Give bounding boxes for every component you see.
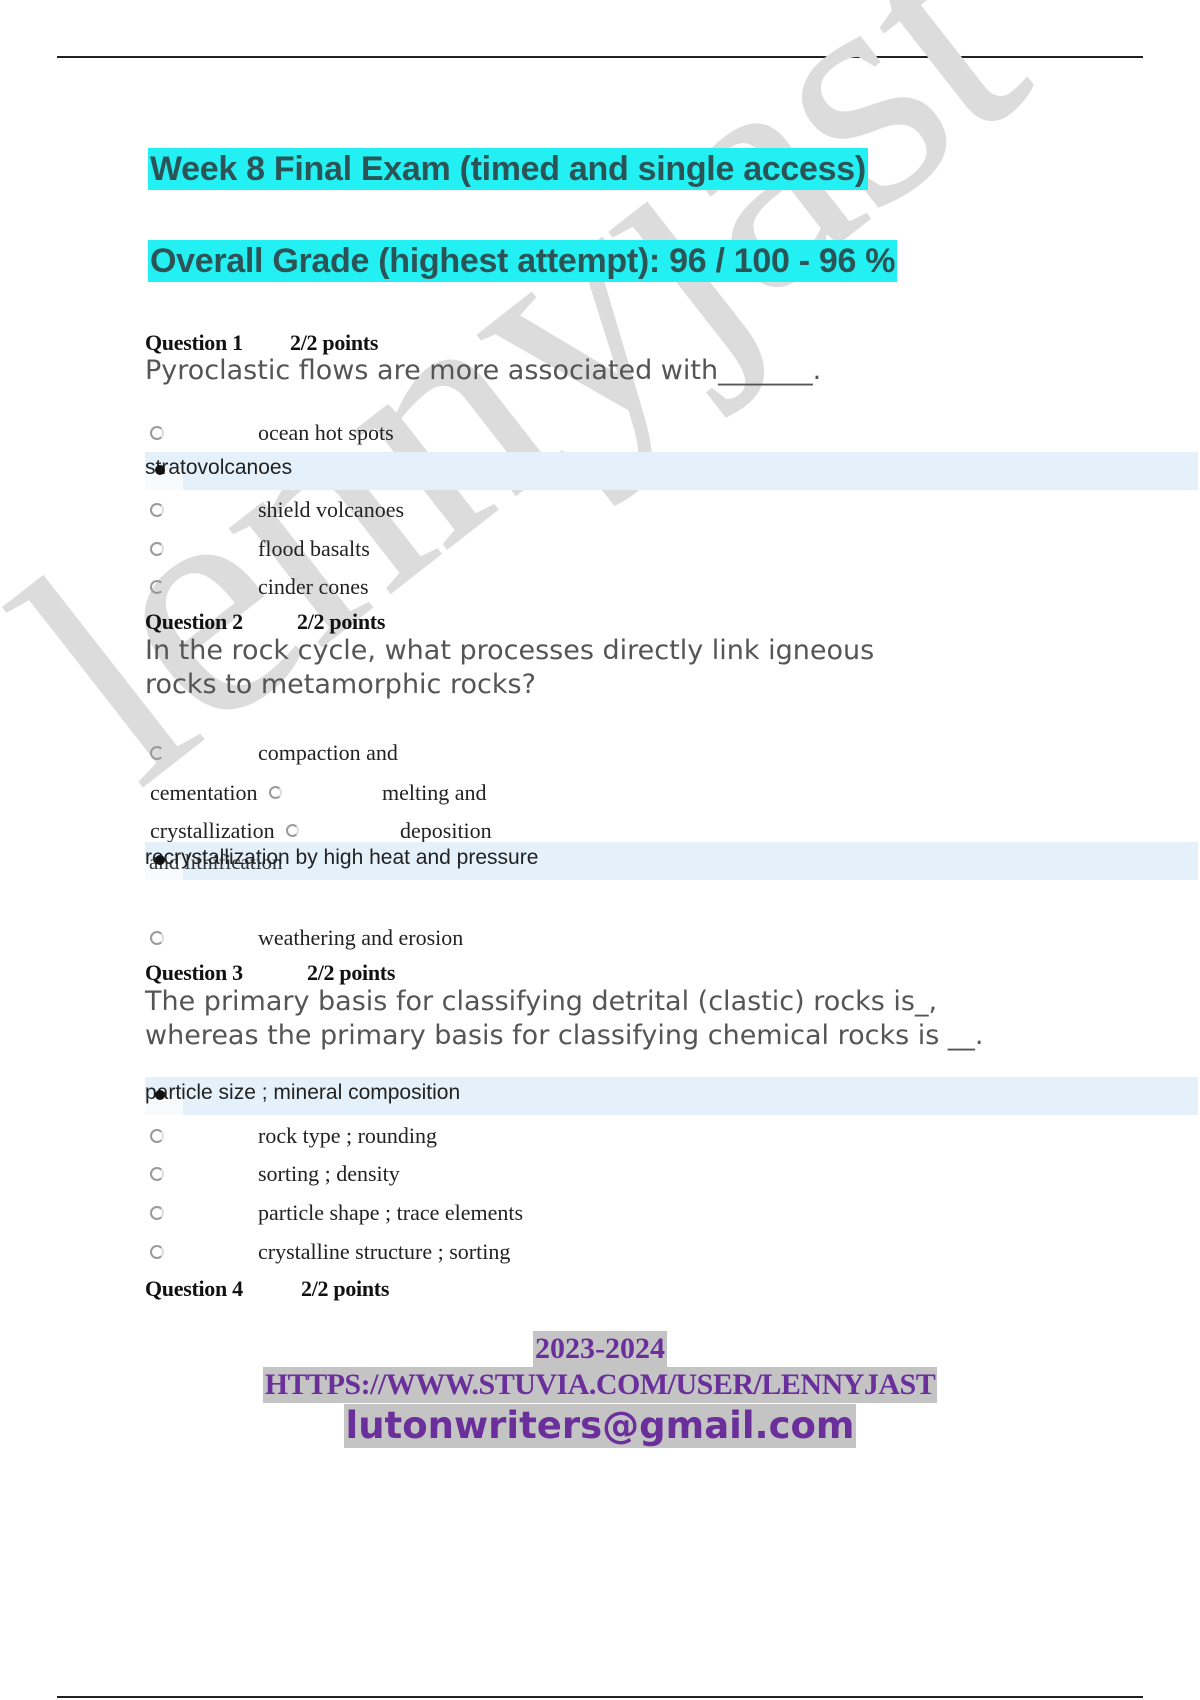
exam-title: Week 8 Final Exam (timed and single acce…: [148, 148, 868, 190]
footer-url-row: HTTPS://WWW.STUVIA.COM/USER/LENNYJAST: [0, 1367, 1200, 1403]
q1-option-5[interactable]: cinder cones: [150, 574, 164, 600]
radio-unselected-icon[interactable]: [150, 542, 164, 556]
footer-year-row: 2023-2024: [0, 1331, 1200, 1367]
radio-unselected-icon[interactable]: [269, 786, 282, 799]
question-1-header: Question 1 2/2 points: [145, 330, 243, 356]
footer-email-row: lutonwriters@gmail.com: [0, 1404, 1200, 1448]
overall-grade: Overall Grade (highest attempt): 96 / 10…: [148, 240, 897, 282]
radio-unselected-icon[interactable]: [150, 580, 164, 594]
document-page: Week 8 Final Exam (timed and single acce…: [0, 0, 1200, 1700]
q2-option-4-selected[interactable]: and lithification recrystallization by h…: [145, 842, 1198, 880]
footer-email-link[interactable]: lutonwriters@gmail.com: [344, 1404, 857, 1448]
radio-unselected-icon[interactable]: [150, 931, 164, 945]
question-2-header: Question 2 2/2 points: [145, 609, 243, 635]
question-label: Question 4: [145, 1276, 243, 1301]
radio-unselected-icon[interactable]: [150, 426, 164, 440]
radio-unselected-icon[interactable]: [150, 1245, 164, 1259]
q2-option-row-3: crystallization deposition: [150, 818, 299, 844]
q1-option-1[interactable]: ocean hot spots: [150, 420, 164, 446]
radio-unselected-icon[interactable]: [150, 1129, 164, 1143]
radio-unselected-icon[interactable]: [150, 503, 164, 517]
radio-selected-icon[interactable]: [155, 465, 165, 475]
question-3-prompt-line-2: whereas the primary basis for classifyin…: [145, 1019, 983, 1053]
radio-unselected-icon[interactable]: [150, 746, 164, 760]
q2-option-row-2: cementation melting and: [150, 780, 282, 806]
radio-selected-icon[interactable]: [155, 1090, 165, 1100]
footer-url-link[interactable]: HTTPS://WWW.STUVIA.COM/USER/LENNYJAST: [263, 1367, 938, 1403]
q2-option-2[interactable]: melting and: [382, 780, 486, 806]
q3-option-4[interactable]: particle shape ; trace elements: [150, 1200, 164, 1226]
question-3-prompt-line-1: The primary basis for classifying detrit…: [145, 985, 937, 1019]
question-points: 2/2 points: [297, 609, 385, 635]
question-1-prompt: Pyroclastic flows are more associated wi…: [145, 354, 821, 388]
radio-unselected-icon[interactable]: [286, 824, 299, 837]
q3-option-2[interactable]: rock type ; rounding: [150, 1123, 164, 1149]
question-4-header: Question 4 2/2 points: [145, 1276, 243, 1302]
question-points: 2/2 points: [307, 960, 395, 986]
q3-option-5[interactable]: crystalline structure ; sorting: [150, 1239, 164, 1265]
question-points: 2/2 points: [301, 1276, 389, 1302]
question-label: Question 2: [145, 609, 243, 634]
question-label: Question 1: [145, 330, 243, 355]
question-2-prompt-line-1: In the rock cycle, what processes direct…: [145, 634, 874, 668]
q3-option-1-selected[interactable]: particle size ; mineral composition: [145, 1077, 1198, 1115]
q2-option-3[interactable]: deposition: [400, 818, 492, 844]
question-label: Question 3: [145, 960, 243, 985]
radio-selected-icon[interactable]: [155, 855, 165, 865]
q1-option-3[interactable]: shield volcanoes: [150, 497, 164, 523]
radio-unselected-icon[interactable]: [150, 1167, 164, 1181]
q2-option-1[interactable]: compaction and: [150, 740, 164, 766]
q2-option-5[interactable]: weathering and erosion: [150, 925, 164, 951]
radio-unselected-icon[interactable]: [150, 1206, 164, 1220]
question-3-header: Question 3 2/2 points: [145, 960, 243, 986]
q1-option-4[interactable]: flood basalts: [150, 536, 164, 562]
question-2-prompt-line-2: rocks to metamorphic rocks?: [145, 668, 536, 702]
footer-year: 2023-2024: [533, 1331, 667, 1367]
q1-option-2-selected[interactable]: stratovolcanoes: [145, 452, 1198, 490]
question-points: 2/2 points: [290, 330, 378, 356]
q3-option-3[interactable]: sorting ; density: [150, 1161, 164, 1187]
